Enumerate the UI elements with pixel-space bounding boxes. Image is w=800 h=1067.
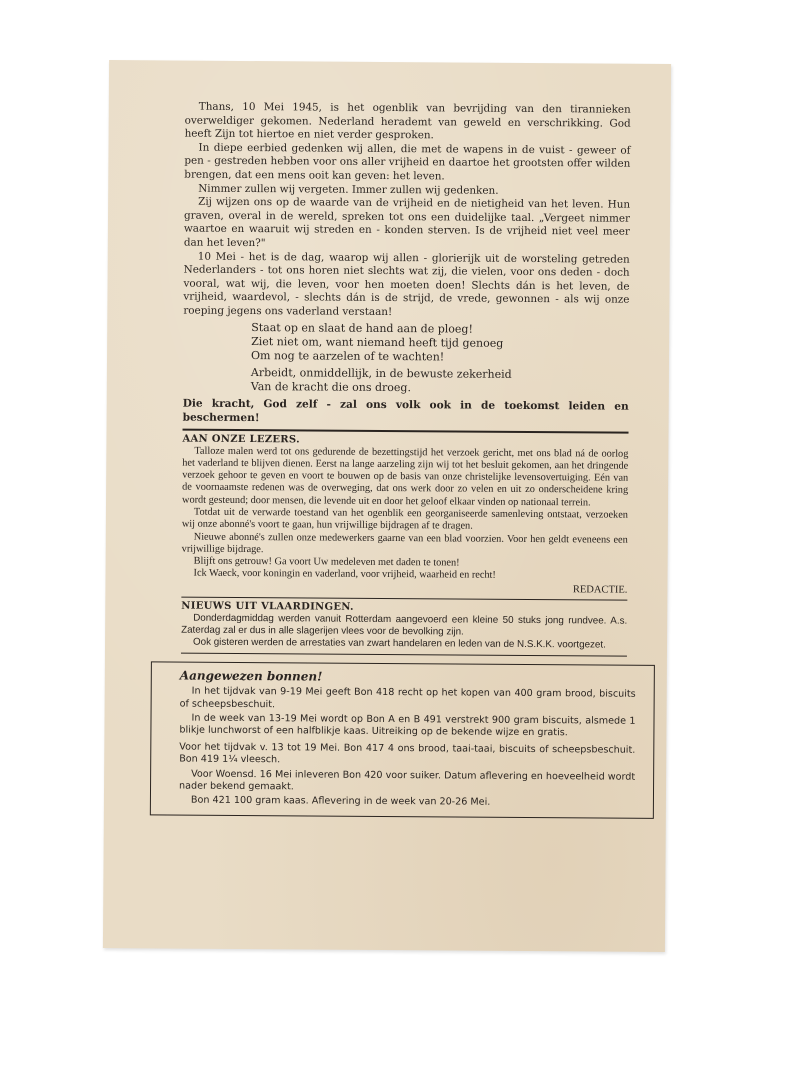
- coupons-list: In het tijdvak van 9-19 Mei geeft Bon 41…: [179, 686, 636, 810]
- readers-article: Talloze malen werd tot ons gedurende de …: [181, 445, 628, 583]
- page-content: Thans, 10 Mei 1945, is het ogenblik van …: [180, 101, 631, 819]
- poem-stanza: Arbeidt, onmiddellijk, in de bewuste zek…: [251, 366, 629, 397]
- news-article: Donderdagmiddag werden vanuit Rotterdam …: [181, 612, 627, 652]
- article-paragraph: Thans, 10 Mei 1945, is het ogenblik van …: [185, 101, 631, 145]
- section-divider: [181, 653, 627, 657]
- coupon-notice: In de week van 13-19 Mei wordt op Bon A …: [179, 712, 635, 740]
- coupon-notice: In het tijdvak van 9-19 Mei geeft Bon 41…: [180, 686, 636, 714]
- coupons-box: Aangewezen bonnen! In het tijdvak van 9-…: [150, 662, 655, 819]
- coupons-heading: Aangewezen bonnen!: [180, 669, 636, 686]
- article-paragraph: Nieuwe abonné's zullen onze medewerkers …: [182, 531, 628, 559]
- coupon-notice: Voor het tijdvak v. 13 tot 19 Mei. Bon 4…: [179, 742, 635, 770]
- article-paragraph: Totdat uit de verwarde toestand van het …: [182, 507, 628, 535]
- coupon-notice: Bon 421 100 gram kaas. Aflevering in de …: [179, 795, 635, 810]
- poem-line: Om nog te aarzelen of te wachten!: [251, 349, 629, 366]
- closing-statement: Die kracht, God zelf - zal ons volk ook …: [183, 396, 629, 427]
- poem-stanza: Staat op en slaat de hand aan de ploeg! …: [251, 321, 629, 366]
- signature: REDACTIE.: [181, 581, 627, 595]
- article-paragraph: Talloze malen werd tot ons gedurende de …: [182, 445, 628, 510]
- article-paragraph: Donderdagmiddag werden vanuit Rotterdam …: [181, 612, 627, 640]
- section-divider: [183, 428, 629, 433]
- liberation-article: Thans, 10 Mei 1945, is het ogenblik van …: [183, 101, 631, 322]
- newspaper-page: Thans, 10 Mei 1945, is het ogenblik van …: [103, 60, 671, 952]
- article-paragraph: 10 Mei - het is de dag, waarop wij allen…: [183, 250, 629, 321]
- article-paragraph: In diepe eerbied gedenken wij allen, die…: [184, 141, 630, 185]
- article-paragraph: Ook gisteren werden de arrestaties van z…: [181, 637, 627, 652]
- poem: Staat op en slaat de hand aan de ploeg! …: [251, 321, 630, 397]
- poem-line: Van de kracht die ons droeg.: [251, 380, 629, 397]
- coupon-notice: Voor Woensd. 16 Mei inleveren Bon 420 vo…: [179, 768, 635, 796]
- article-paragraph: Zij wijzen ons op de waarde van de vrijh…: [184, 196, 630, 253]
